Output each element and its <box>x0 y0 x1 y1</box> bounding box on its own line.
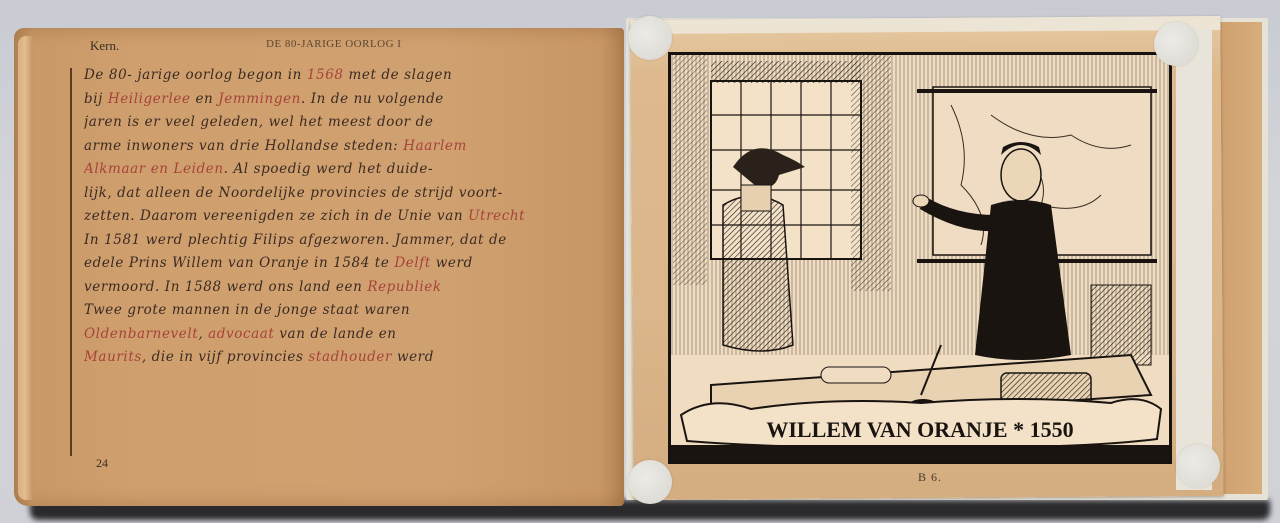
ink-text: van de lande en <box>274 326 396 342</box>
ink-text: en <box>191 91 219 107</box>
ink-text: Twee grote mannen in de jonge staat ware… <box>84 302 410 318</box>
red-ink-word: Republiek <box>367 279 441 295</box>
red-ink-word: Maurits <box>84 349 142 365</box>
handwritten-line: jaren is er veel geleden, wel het meest … <box>84 111 620 135</box>
ink-text: . In de nu volgende <box>301 91 444 107</box>
ink-text: , die in vijf provincies <box>142 349 309 365</box>
red-ink-word: Jemmingen <box>218 91 301 107</box>
handwritten-line: Twee grote mannen in de jonge staat ware… <box>84 299 620 323</box>
red-ink-word: Heiligerlee <box>108 91 191 107</box>
red-ink-word: advocaat <box>208 326 274 342</box>
ink-text: werd <box>431 255 473 271</box>
illustration-drawing: WILLEM VAN ORANJE * 1550 <box>671 55 1169 461</box>
photo-sticker-top-left <box>628 16 672 60</box>
ink-text: vermoord. In 1588 werd ons land een <box>84 279 367 295</box>
ink-text: . Al spoedig werd het duide- <box>224 161 434 177</box>
illustration-caption: WILLEM VAN ORANJE * 1550 <box>766 417 1073 442</box>
ink-text: edele Prins Willem van Oranje in 1584 te <box>84 255 394 271</box>
ink-text: , <box>198 326 208 342</box>
ink-text: met de slagen <box>344 67 453 83</box>
card-top-band <box>630 16 1220 34</box>
handwritten-line: De 80- jarige oorlog begon in 1568 met d… <box>84 64 620 88</box>
ink-text: lijk, dat alleen de Noordelijke provinci… <box>84 185 503 201</box>
ink-text: werd <box>392 349 434 365</box>
ink-text: arme inwoners van drie Hollandse steden: <box>84 138 403 154</box>
red-ink-word: Alkmaar en Leiden <box>84 161 224 177</box>
handwritten-line: In 1581 werd plechtig Filips afgezworen.… <box>84 229 620 253</box>
tape-strip <box>1176 30 1212 490</box>
red-ink-word: stadhouder <box>308 349 392 365</box>
photo-sticker-top-right <box>1154 22 1198 66</box>
chapter-title: DE 80-JARIGE OORLOG I <box>266 38 401 50</box>
red-ink-word: Utrecht <box>468 208 525 224</box>
handwritten-text: De 80- jarige oorlog begon in 1568 met d… <box>84 64 620 370</box>
handwritten-line: vermoord. In 1588 werd ons land een Repu… <box>84 276 620 300</box>
header-label: Kern. <box>90 38 119 54</box>
page-number: 24 <box>96 456 108 471</box>
photo-sticker-bottom-right <box>1176 444 1220 488</box>
left-page: Kern. DE 80-JARIGE OORLOG I De 80- jarig… <box>14 28 624 506</box>
illustration: WILLEM VAN ORANJE * 1550 <box>668 52 1172 464</box>
handwritten-line: Alkmaar en Leiden. Al spoedig werd het d… <box>84 158 620 182</box>
ink-text: bij <box>84 91 108 107</box>
ink-text: jaren is er veel geleden, wel het meest … <box>84 114 433 130</box>
red-ink-word: 1568 <box>307 67 344 83</box>
ink-text: zetten. Daarom vereenigden ze zich in de… <box>84 208 468 224</box>
handwritten-line: zetten. Daarom vereenigden ze zich in de… <box>84 205 620 229</box>
margin-line <box>70 68 72 456</box>
red-ink-word: Haarlem <box>403 138 467 154</box>
page-edge <box>18 36 32 500</box>
ink-text: In 1581 werd plechtig Filips afgezworen.… <box>84 232 507 248</box>
handwritten-line: edele Prins Willem van Oranje in 1584 te… <box>84 252 620 276</box>
red-ink-word: Oldenbarnevelt <box>84 326 198 342</box>
photo-sticker-bottom-left <box>628 460 672 504</box>
handwritten-line: Maurits, die in vijf provincies stadhoud… <box>84 346 620 370</box>
ink-text: De 80- jarige oorlog begon in <box>84 67 307 83</box>
handwritten-line: Oldenbarnevelt, advocaat van de lande en <box>84 323 620 347</box>
handwritten-line: arme inwoners van drie Hollandse steden:… <box>84 135 620 159</box>
handwritten-line: bij Heiligerlee en Jemmingen. In de nu v… <box>84 88 620 112</box>
red-ink-word: Delft <box>394 255 431 271</box>
handwritten-line: lijk, dat alleen de Noordelijke provinci… <box>84 182 620 206</box>
plate-label: B 6. <box>918 470 942 485</box>
